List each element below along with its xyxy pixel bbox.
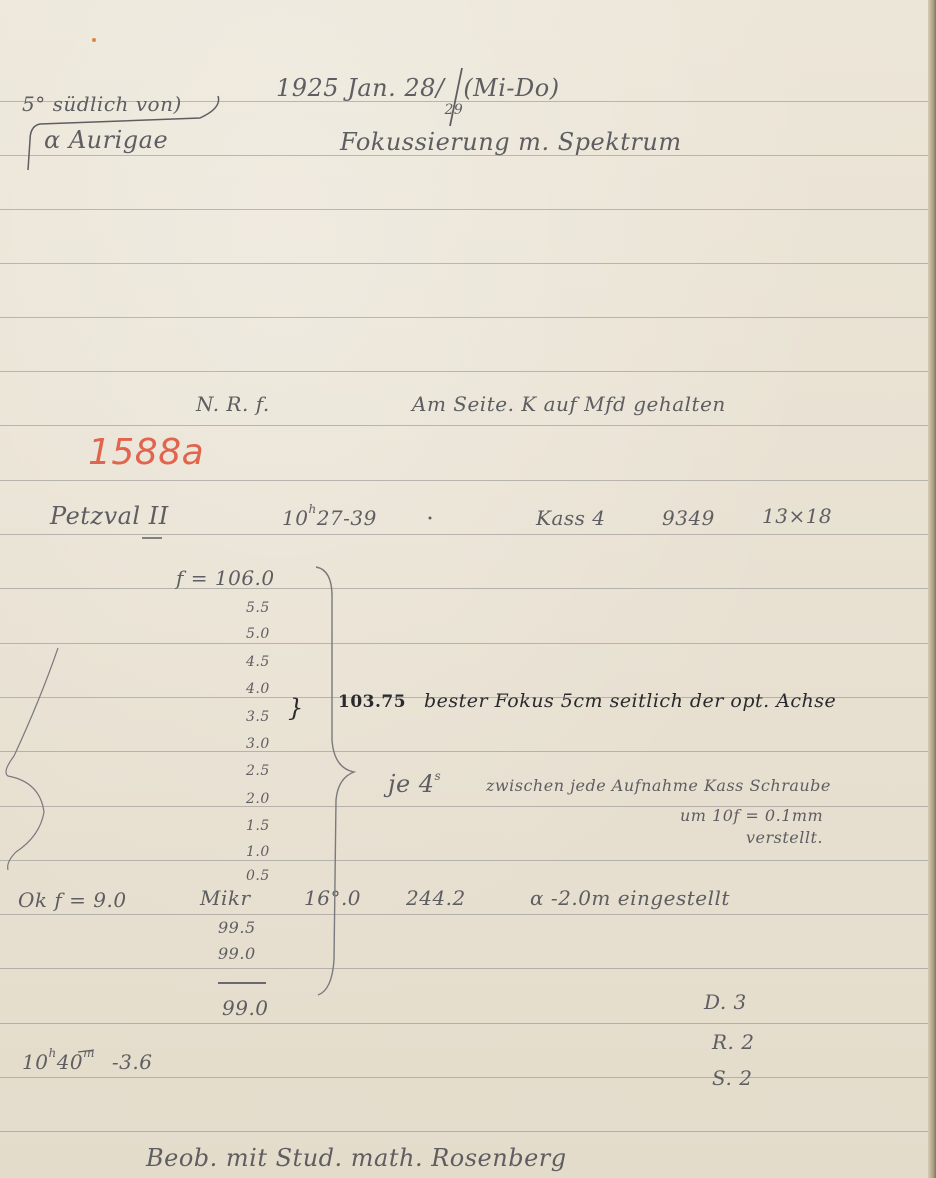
date-heading: 1925 Jan. 28/29(Mi-Do) <box>276 74 560 102</box>
page-title: Fokussierung m. Spektrum <box>340 128 682 156</box>
best-focus-note: bester Fokus 5cm seitlich der opt. Achse <box>424 690 836 712</box>
left-curve-stroke <box>6 648 58 870</box>
focus-value: 5.0 <box>246 626 270 642</box>
mikr-sum-line <box>218 982 266 984</box>
end-value: -3.6 <box>112 1050 153 1074</box>
interval-note-line1: zwischen jede Aufnahme Kass Schraube <box>486 776 831 795</box>
ruled-line <box>0 1023 928 1024</box>
focus-value: 4.0 <box>246 681 270 697</box>
ruled-line <box>0 751 928 752</box>
observer-note: Beob. mit Stud. math. Rosenberg <box>146 1144 567 1172</box>
mikr-value: 99.5 <box>218 918 256 937</box>
mikr-result: 99.0 <box>222 996 269 1020</box>
focus-value: 5.5 <box>246 600 270 616</box>
exposure-hours: 10 <box>282 506 308 530</box>
location-note-line2: α Aurigae <box>44 126 168 154</box>
reading: 244.2 <box>406 886 466 910</box>
ruled-line <box>0 425 928 426</box>
condition-r: R. 2 <box>712 1030 755 1054</box>
ruled-line <box>0 968 928 969</box>
focus-value: 1.5 <box>246 818 270 834</box>
ruled-line <box>0 480 928 481</box>
interval-sup: s <box>435 769 442 783</box>
plate-id: 9349 <box>662 506 715 530</box>
ruled-line <box>0 1077 928 1078</box>
interval-note-line2: um 10f = 0.1mm <box>680 806 823 825</box>
focus-value: 3.5 <box>246 709 270 725</box>
location-note-line1: 5° südlich von) <box>22 92 182 116</box>
ocular-label: Ok f = 9.0 <box>18 888 127 912</box>
plate-number: 1588a <box>88 432 204 473</box>
end-h-sup: h <box>48 1046 56 1060</box>
condition-s: S. 2 <box>712 1066 752 1090</box>
temperature: 16°.0 <box>304 886 361 910</box>
ruled-line <box>0 371 928 372</box>
plate-size: 13×18 <box>762 504 832 528</box>
ruled-line <box>0 643 928 644</box>
interval-note-line3: verstellt. <box>746 828 823 847</box>
instrument-name: Petzval II <box>50 502 169 530</box>
interval-label: je 4s <box>388 770 441 798</box>
exposure-time: 10h27-39 <box>282 506 377 530</box>
mikr-label: Mikr <box>200 886 251 910</box>
ruled-line <box>0 534 928 535</box>
ruled-line <box>0 1131 928 1132</box>
focus-value: 1.0 <box>246 844 270 860</box>
best-focus-brace: } <box>288 694 304 722</box>
ruled-line <box>0 860 928 861</box>
end-hours: 10 <box>22 1050 48 1074</box>
focus-series-label: f = 106.0 <box>176 566 275 590</box>
ruled-line <box>0 914 928 915</box>
pencil-strokes <box>0 0 936 1178</box>
focus-value: 3.0 <box>246 736 270 752</box>
ink-spot <box>429 517 432 520</box>
exposure-minutes: 27-39 <box>317 506 377 530</box>
page-edge <box>928 0 936 1178</box>
ruled-line <box>0 263 928 264</box>
ruled-line <box>0 317 928 318</box>
end-time: 10h40m -3.6 <box>22 1050 152 1074</box>
interval-prefix: je 4 <box>388 770 435 798</box>
cassette: Kass 4 <box>536 506 605 530</box>
notebook-page: 5° südlich von) α Aurigae 1925 Jan. 28/2… <box>0 0 936 1178</box>
ink-spot <box>92 38 96 42</box>
end-minutes: 40 <box>57 1050 83 1074</box>
date-main: 1925 Jan. 28/ <box>276 74 444 102</box>
focus-value: 4.5 <box>246 654 270 670</box>
focus-value: 0.5 <box>246 868 270 884</box>
end-m-sup: m <box>83 1046 95 1060</box>
condition-d: D. 3 <box>704 990 747 1014</box>
ruled-line <box>0 209 928 210</box>
ruled-line <box>0 588 928 589</box>
setup-note: Am Seite. K auf Mfd gehalten <box>412 392 726 416</box>
focus-value: 2.5 <box>246 763 270 779</box>
date-days: (Mi-Do) <box>463 74 559 102</box>
setup-label: N. R. f. <box>196 392 270 416</box>
mikr-value: 99.0 <box>218 944 256 963</box>
large-brace-stroke <box>316 567 354 995</box>
date-sub: 29 <box>444 102 463 118</box>
exposure-h-sup: h <box>308 502 316 516</box>
best-focus-value: 103.75 <box>338 692 406 712</box>
focus-value: 2.0 <box>246 791 270 807</box>
alpha-setting: α -2.0m eingestellt <box>530 886 730 910</box>
